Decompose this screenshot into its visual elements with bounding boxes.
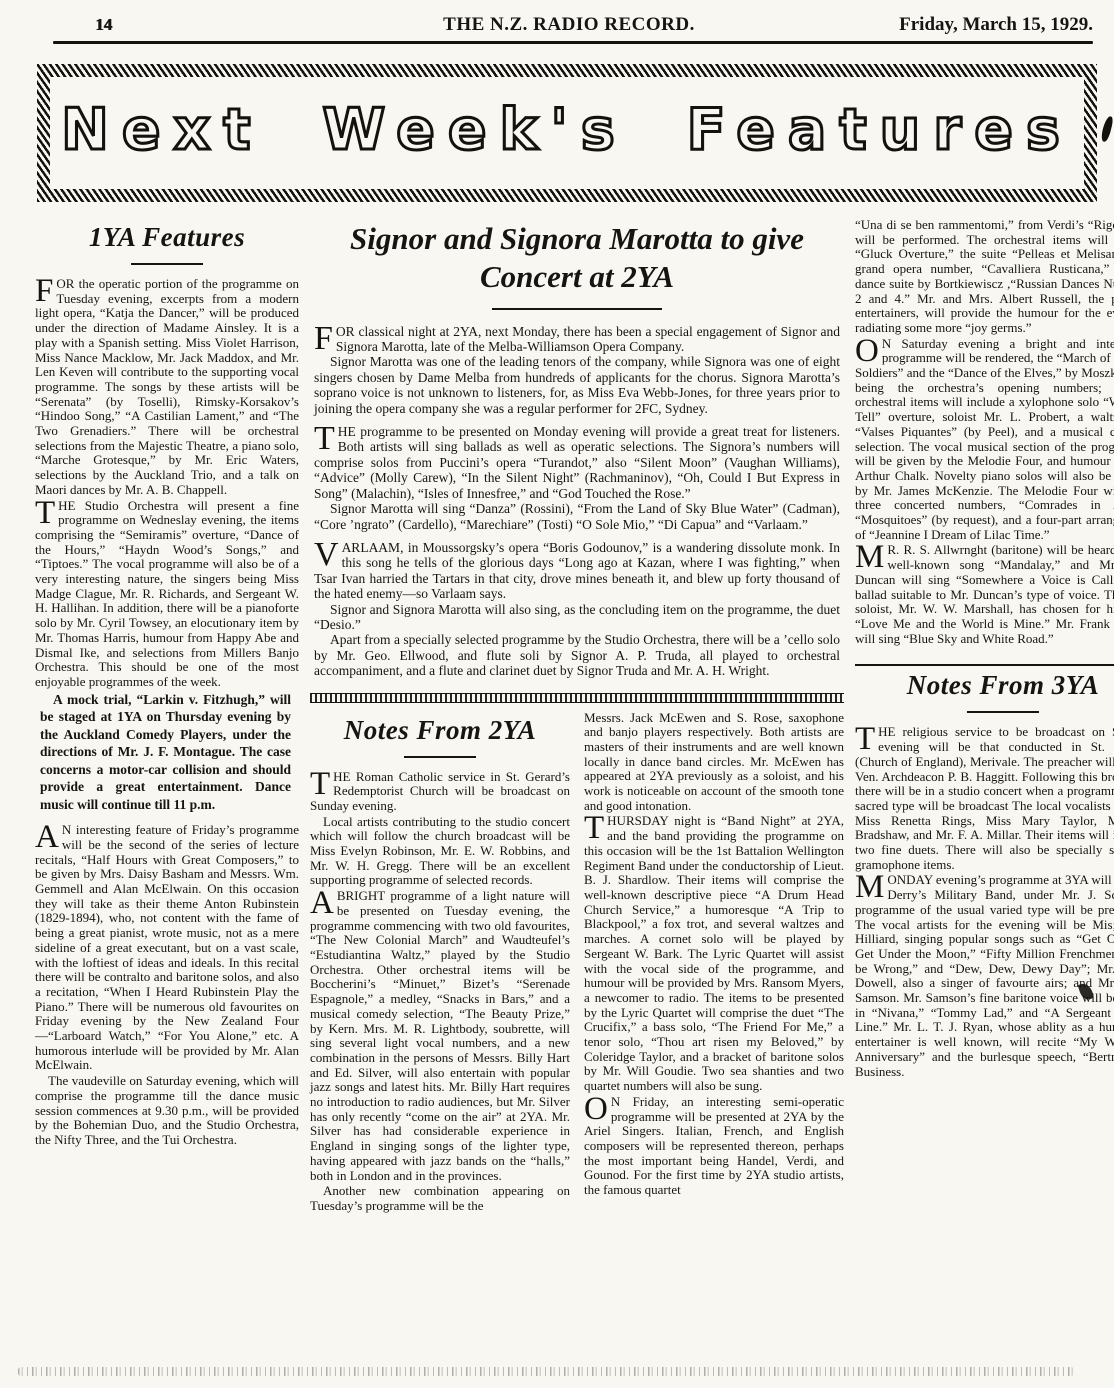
column-1ya: 1YA Features FOR the operatic portion of… xyxy=(35,218,299,1214)
col4-paragraph-2: ON Saturday evening a bright and interes… xyxy=(855,337,1114,543)
article-columns: 1YA Features FOR the operatic portion of… xyxy=(35,218,1103,1214)
col1-paragraph-3: AN interesting feature of Friday’s progr… xyxy=(35,823,299,1073)
heading-notes-3ya: Notes From 3YA xyxy=(855,670,1114,701)
col1-paragraph-2: THE Studio Orchestra will present a fine… xyxy=(35,499,299,690)
ornamental-divider xyxy=(310,693,844,703)
marotta-paragraph-3: THE programme to be presented on Monday … xyxy=(310,424,844,501)
newspaper-page: 14 THE N.Z. RADIO RECORD. Friday, March … xyxy=(0,0,1114,1388)
scan-artifact xyxy=(18,1367,1074,1376)
marotta-paragraph-6: Signor and Signora Marotta will also sin… xyxy=(310,602,844,633)
masthead: 14 THE N.Z. RADIO RECORD. Friday, March … xyxy=(35,10,1103,38)
notes2ya-paragraph-3: A BRIGHT programme of a light nature wil… xyxy=(310,889,570,1183)
marotta-paragraph-2: Signor Marotta was one of the leading te… xyxy=(310,354,844,416)
col1-paragraph-4: The vaudeville on Saturday evening, whic… xyxy=(35,1074,299,1148)
column-center: Signor and Signora Marotta to give Conce… xyxy=(310,218,844,1214)
section-divider-rule xyxy=(855,664,1114,666)
publication-title: THE N.Z. RADIO RECORD. xyxy=(443,14,695,36)
notes2ya-paragraph-1: THE Roman Catholic service in St. Gerard… xyxy=(310,770,570,814)
center-subcolumns: Notes From 2YA THE Roman Catholic servic… xyxy=(310,711,844,1214)
subcol2-paragraph-1: Messrs. Jack McEwen and S. Rose, saxopho… xyxy=(584,711,844,814)
heading-underline xyxy=(404,756,476,758)
heading-underline xyxy=(131,263,203,265)
marotta-paragraph-4: Signor Marotta will sing “Danza” (Rossin… xyxy=(310,501,844,532)
issue-date: Friday, March 15, 1929. xyxy=(695,14,1099,36)
col4-paragraph-1: “Una di se ben rammentomi,” from Verdi’s… xyxy=(855,218,1114,336)
notes2ya-paragraph-2: Local artists contributing to the studio… xyxy=(310,815,570,889)
masthead-rule xyxy=(53,41,1093,44)
marotta-paragraph-7: Apart from a specially selected programm… xyxy=(310,632,844,678)
features-banner: Next Week's Features xyxy=(37,64,1097,202)
headline-underline xyxy=(492,308,662,310)
subcol2-paragraph-3: ON Friday, an interesting semi-operatic … xyxy=(584,1095,844,1198)
notes2ya-paragraph-4: Another new combination appearing on Tue… xyxy=(310,1184,570,1213)
heading-notes-2ya: Notes From 2YA xyxy=(310,715,570,746)
subcol2-paragraph-2: THURSDAY night is “Band Night” at 2YA, a… xyxy=(584,814,844,1093)
col4-paragraph-4: THE religious service to be broadcast on… xyxy=(855,725,1114,872)
page-number: 14 xyxy=(39,15,443,35)
col1-paragraph-mock-trial: A mock trial, “Larkin v. Fitzhugh,” will… xyxy=(35,691,299,814)
col4-paragraph-3: MR. R. S. Allwrnght (baritone) will be h… xyxy=(855,543,1114,646)
subcolumn-notes-2ya: Notes From 2YA THE Roman Catholic servic… xyxy=(310,711,570,1214)
ink-blot xyxy=(1100,115,1114,142)
marotta-paragraph-5: VARLAAM, in Moussorgsky’s opera “Boris G… xyxy=(310,540,844,602)
marotta-paragraph-1: FOR classical night at 2YA, next Monday,… xyxy=(310,324,844,355)
col4-paragraph-5: MONDAY evening’s programme at 3YA will f… xyxy=(855,873,1114,1079)
col1-paragraph-1: FOR the operatic portion of the programm… xyxy=(35,277,299,498)
heading-1ya-features: 1YA Features xyxy=(35,222,299,253)
headline-marotta-concert: Signor and Signora Marotta to give Conce… xyxy=(340,220,814,296)
banner-title: Next Week's Features xyxy=(61,97,1073,163)
heading-underline xyxy=(967,711,1039,713)
subcolumn-2ya-continuation: Messrs. Jack McEwen and S. Rose, saxopho… xyxy=(584,711,844,1214)
column-right: “Una di se ben rammentomi,” from Verdi’s… xyxy=(855,218,1114,1214)
